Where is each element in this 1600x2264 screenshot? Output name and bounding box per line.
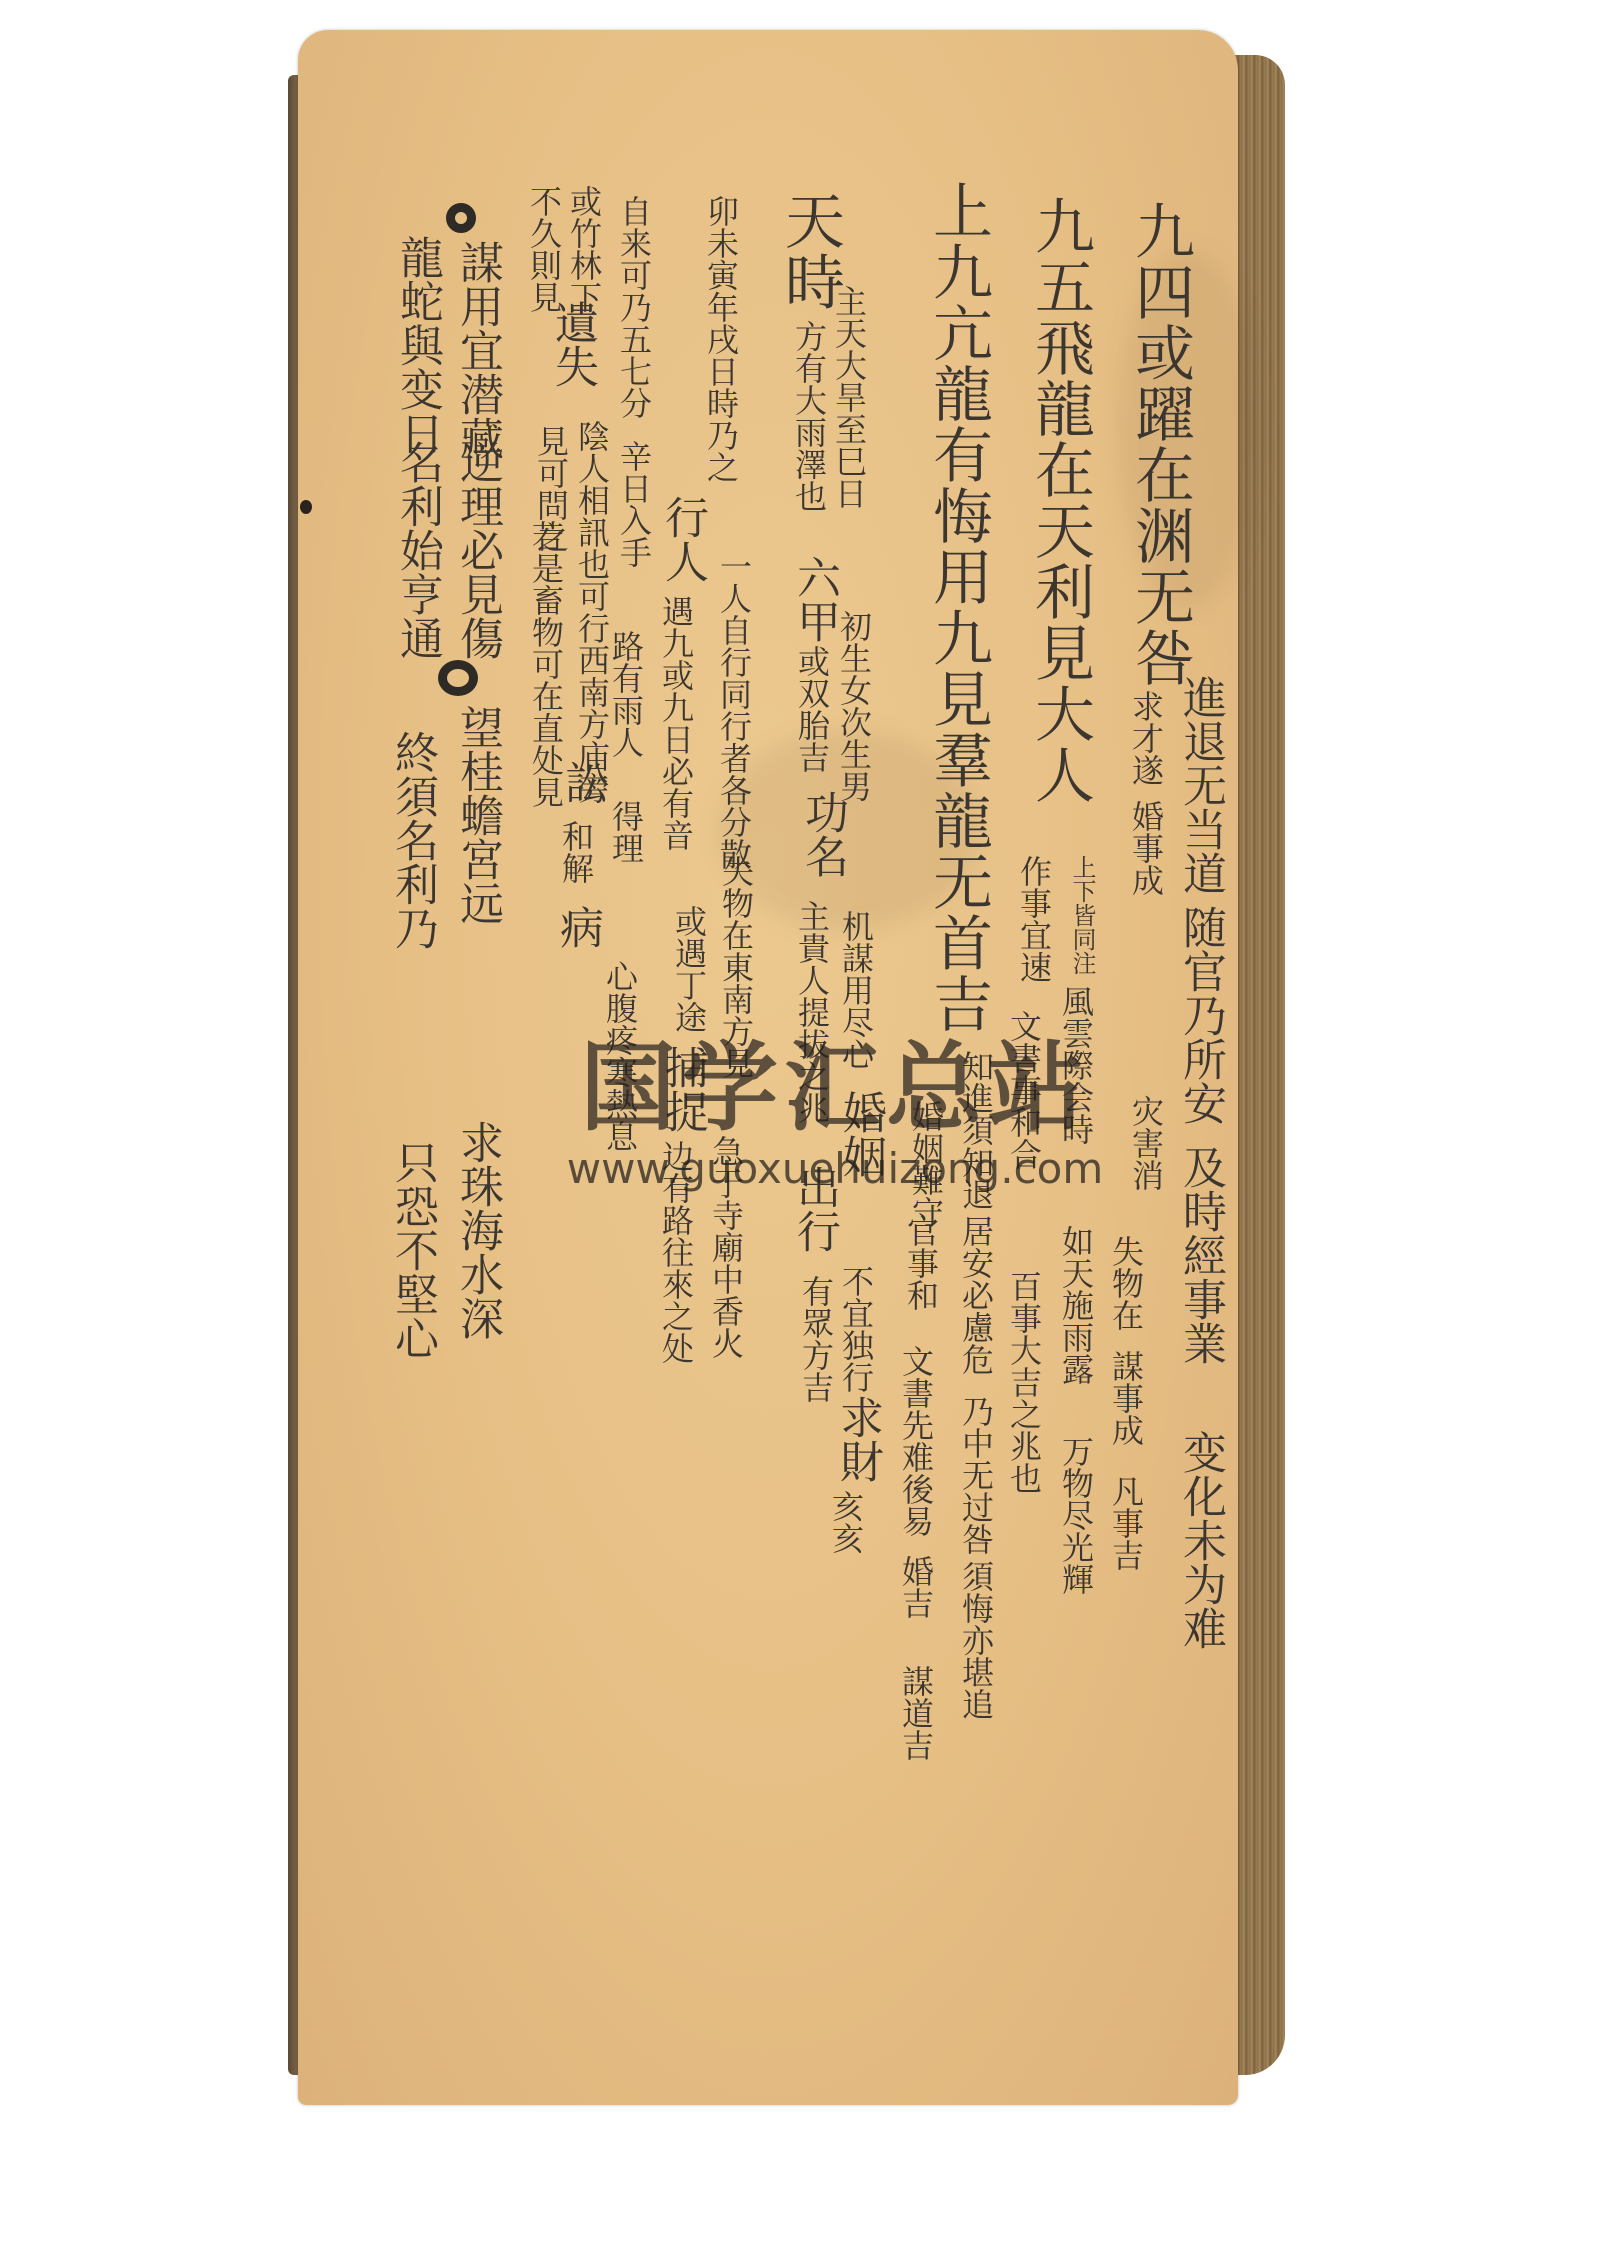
heading-lost-items: 遺失 xyxy=(550,300,594,388)
heading-traveler: 行人 xyxy=(660,495,704,583)
note: 乃中无过咎 xyxy=(960,1395,992,1555)
note: 有眾方吉 xyxy=(800,1275,832,1403)
note: 遇九或九日必有音 xyxy=(660,595,692,851)
note: 上下皆同注 xyxy=(1070,855,1094,975)
note: 心腹疼寒熱息 xyxy=(604,960,636,1152)
heading-travel: 出行 xyxy=(792,1165,836,1253)
note: 卯未寅年戌日時乃之 xyxy=(705,195,737,483)
circle-marker xyxy=(438,660,478,696)
heading-marriage: 婚姻 xyxy=(838,1090,882,1178)
verse-line: 逆理必見傷 xyxy=(455,440,499,660)
note: 方有大雨澤也 xyxy=(793,320,825,512)
note: 若是畜物可在直处見 xyxy=(530,520,562,808)
verse-line: 龍蛇與变日 xyxy=(395,235,439,455)
note: 机謀用尽心 xyxy=(840,910,872,1070)
note: 主天大旱至巳日 xyxy=(833,285,865,509)
note: 作事宜速 xyxy=(1018,855,1050,983)
note: 百事大吉之兆也 xyxy=(1008,1270,1040,1494)
verse-line: 及時經事業 xyxy=(1178,1145,1222,1365)
note: 失物在 xyxy=(1110,1235,1142,1331)
note: 得理 xyxy=(610,800,642,864)
note: 主貴人提拔之兆 xyxy=(796,900,828,1124)
note: 不宜独行 xyxy=(840,1265,872,1393)
note: 婚事成 xyxy=(1130,800,1162,896)
note: 凡事吉 xyxy=(1110,1475,1142,1571)
note: 或双胎吉 xyxy=(796,645,828,773)
note: 婚吉 xyxy=(900,1555,932,1619)
note: 居安必慮危 xyxy=(960,1215,992,1375)
note: 或竹林下 xyxy=(568,185,600,313)
heading-birth: 六甲 xyxy=(792,555,836,643)
note: 求才遂 xyxy=(1130,690,1162,786)
heading-fame: 功名 xyxy=(800,790,844,878)
verse-line: 求珠海水深 xyxy=(455,1120,499,1340)
note: 謀事成 xyxy=(1110,1350,1142,1446)
note: 和解 xyxy=(560,820,592,884)
note: 灾害消 xyxy=(1130,1095,1162,1191)
note: 初生女次生男 xyxy=(838,610,870,802)
verse-line: 謀用宜潜藏 xyxy=(455,240,499,460)
verse-line: 变化未为难 xyxy=(1178,1430,1222,1650)
note: 或遇丁途 xyxy=(673,905,705,1033)
note: 知進須知退 xyxy=(960,1050,992,1210)
note: 急于寺廟中香火 xyxy=(710,1135,742,1359)
circle-marker xyxy=(446,203,476,233)
note: 失物在東南方見 xyxy=(720,855,752,1079)
note: 自来可乃五七分 xyxy=(618,195,650,419)
note: 謀道吉 xyxy=(900,1665,932,1761)
note: 文書事和合 xyxy=(1008,1010,1040,1170)
verse-line: 名利始亨通 xyxy=(395,440,439,660)
column-top-nine: 上九亢龍有悔用九見羣龍无首吉 xyxy=(928,180,988,1034)
note: 陰人相訊也可行西南方庙旁 xyxy=(576,420,608,804)
note: 官事和 xyxy=(905,1215,937,1311)
heading-capture: 捕捉 xyxy=(660,1045,704,1133)
verse-line: 只恐不堅心 xyxy=(390,1140,434,1360)
heading-illness: 病 xyxy=(555,905,599,949)
verse-line: 進退无当道 xyxy=(1178,675,1222,895)
column-nine-five: 九五飛龍在天利見大人 xyxy=(1030,195,1090,805)
note: 辛日入手 xyxy=(618,440,650,568)
verse-line: 随官乃所安 xyxy=(1178,905,1222,1125)
heading-wealth: 求財 xyxy=(835,1395,879,1483)
verse-line: 望桂蟾宮远 xyxy=(455,705,499,925)
column-nine-four: 九四或躍在渊无咎 xyxy=(1130,200,1190,688)
note: 亥亥 xyxy=(830,1490,862,1554)
note: 不久則見 xyxy=(528,185,560,313)
note: 路有雨人 xyxy=(610,630,642,758)
note: 一人自行同行者各分散 xyxy=(718,550,750,870)
note: 如天施雨露 xyxy=(1060,1225,1092,1385)
note: 万物尽光輝 xyxy=(1060,1435,1092,1595)
note: 婚姻難守 xyxy=(910,1100,942,1228)
ink-blot xyxy=(300,500,312,514)
note: 風雲際会時 xyxy=(1060,985,1092,1145)
note: 文書先难後易 xyxy=(900,1345,932,1537)
note: 須悔亦堪追 xyxy=(960,1560,992,1720)
note: 边有路往來之处 xyxy=(660,1140,692,1364)
verse-line: 終須名利乃 xyxy=(390,730,434,950)
